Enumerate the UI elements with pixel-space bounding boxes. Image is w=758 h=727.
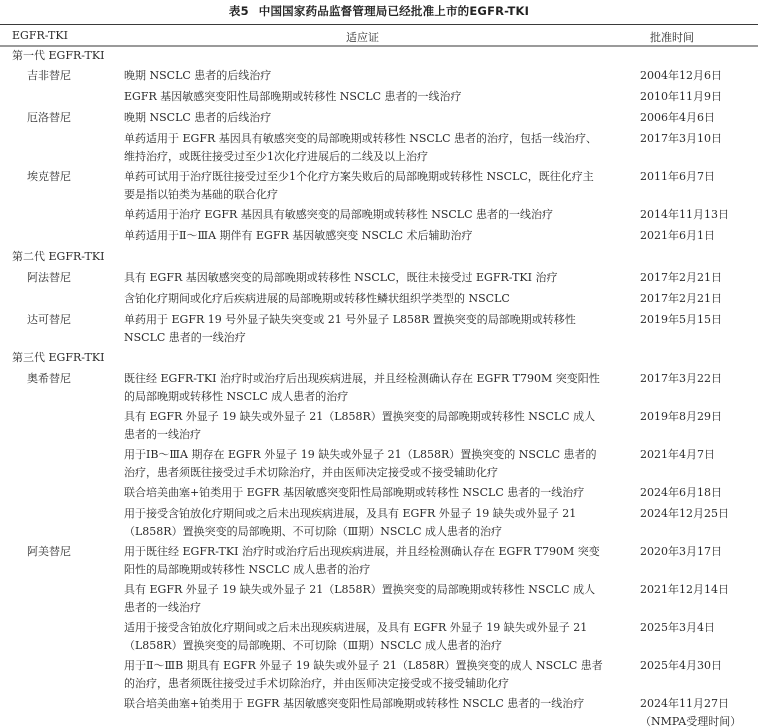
approval-date: 2024年6月18日 — [640, 484, 722, 502]
approval-date: 2017年3月10日 — [640, 130, 722, 148]
approval-date: 2017年2月21日 — [640, 269, 722, 287]
drug-name: 阿法替尼 — [27, 269, 71, 287]
indication: 含铂化疗期间或化疗后疾病进展的局部晚期或转移性鳞状组织学类型的 NSCLC — [124, 290, 604, 308]
approval-date: 2021年12月14日 — [640, 581, 729, 599]
approval-date: 2019年8月29日 — [640, 408, 722, 426]
approval-date: 2025年3月4日 — [640, 619, 715, 637]
approval-date: 2014年11月13日 — [640, 206, 729, 224]
indication: 单药用于 EGFR 19 号外显子缺失突变或 21 号外显子 L858R 置换突… — [124, 311, 604, 347]
approval-date: 2004年12月6日 — [640, 67, 722, 85]
indication: 用于接受含铂放化疗期间或之后未出现疾病进展，及具有 EGFR 外显子 19 缺失… — [124, 505, 604, 541]
indication: 具有 EGFR 外显子 19 缺失或外显子 21（L858R）置换突变的局部晚期… — [124, 581, 604, 617]
indication: 晚期 NSCLC 患者的后线治疗 — [124, 67, 604, 85]
approval-date: 2021年6月1日 — [640, 227, 715, 245]
drug-name: 奥希替尼 — [27, 370, 71, 388]
generation-label: 第三代 EGFR-TKI — [12, 349, 104, 367]
header-drug: EGFR-TKI — [12, 29, 68, 42]
approval-date-note: （NMPA受理时间） — [640, 715, 741, 727]
table-caption: 表5中国国家药品监督管理局已经批准上市的EGFR-TKI — [0, 3, 758, 19]
table-title: 中国国家药品监督管理局已经批准上市的EGFR-TKI — [259, 4, 529, 18]
indication: 单药适用于Ⅱ～ⅢA 期伴有 EGFR 基因敏感突变 NSCLC 术后辅助治疗 — [124, 227, 604, 245]
approval-date: 2006年4月6日 — [640, 109, 715, 127]
indication: EGFR 基因敏感突变阳性局部晚期或转移性 NSCLC 患者的一线治疗 — [124, 88, 604, 106]
indication: 联合培美曲塞+铂类用于 EGFR 基因敏感突变阳性局部晚期或转移性 NSCLC … — [124, 484, 604, 502]
indication: 具有 EGFR 外显子 19 缺失或外显子 21（L858R）置换突变的局部晚期… — [124, 408, 604, 444]
indication: 既往经 EGFR-TKI 治疗时或治疗后出现疾病进展，并且经检测确认存在 EGF… — [124, 370, 604, 406]
indication: 用于ⅠB～ⅢA 期存在 EGFR 外显子 19 缺失或外显子 21（L858R）… — [124, 446, 604, 482]
generation-label: 第二代 EGFR-TKI — [12, 248, 104, 266]
approval-date: 2017年2月21日 — [640, 290, 722, 308]
indication: 单药可试用于治疗既往接受过至少1个化疗方案失败后的局部晚期或转移性 NSCLC，… — [124, 168, 604, 204]
indication: 晚期 NSCLC 患者的后线治疗 — [124, 109, 604, 127]
approval-date: 2024年11月27日（NMPA受理时间） — [640, 695, 741, 727]
drug-name: 达可替尼 — [27, 311, 71, 329]
indication: 用于Ⅱ～ⅢB 期具有 EGFR 外显子 19 缺失或外显子 21（L858R）置… — [124, 657, 604, 693]
approval-date: 2010年11月9日 — [640, 88, 722, 106]
indication: 用于既往经 EGFR-TKI 治疗时或治疗后出现疾病进展，并且经检测确认存在 E… — [124, 543, 604, 579]
indication: 适用于接受含铂放化疗期间或之后未出现疾病进展，及具有 EGFR 外显子 19 缺… — [124, 619, 604, 655]
approval-date: 2019年5月15日 — [640, 311, 722, 329]
drug-name: 埃克替尼 — [27, 168, 71, 186]
header-rule — [0, 45, 758, 47]
generation-label: 第一代 EGFR-TKI — [12, 47, 104, 65]
approval-date: 2020年3月17日 — [640, 543, 722, 561]
indication: 联合培美曲塞+铂类用于 EGFR 基因敏感突变阳性局部晚期或转移性 NSCLC … — [124, 695, 604, 713]
table-number: 表5 — [229, 4, 249, 18]
drug-name: 厄洛替尼 — [27, 109, 71, 127]
header-indication: 适应证 — [346, 29, 379, 45]
indication: 单药适用于治疗 EGFR 基因具有敏感突变的局部晚期或转移性 NSCLC 患者的… — [124, 206, 604, 224]
table-header: EGFR-TKI 适应证 批准时间 — [0, 25, 758, 45]
approval-date: 2024年12月25日 — [640, 505, 729, 523]
indication: 单药适用于 EGFR 基因具有敏感突变的局部晚期或转移性 NSCLC 患者的治疗… — [124, 130, 604, 166]
header-date: 批准时间 — [650, 29, 694, 45]
approval-date: 2021年4月7日 — [640, 446, 715, 464]
drug-name: 阿美替尼 — [27, 543, 71, 561]
approval-date: 2011年6月7日 — [640, 168, 715, 186]
drug-name: 吉非替尼 — [27, 67, 71, 85]
approval-date: 2025年4月30日 — [640, 657, 722, 675]
approval-date: 2017年3月22日 — [640, 370, 722, 388]
indication: 具有 EGFR 基因敏感突变的局部晚期或转移性 NSCLC，既往未接受过 EGF… — [124, 269, 604, 287]
approval-date-value: 2024年11月27日 — [640, 697, 729, 710]
